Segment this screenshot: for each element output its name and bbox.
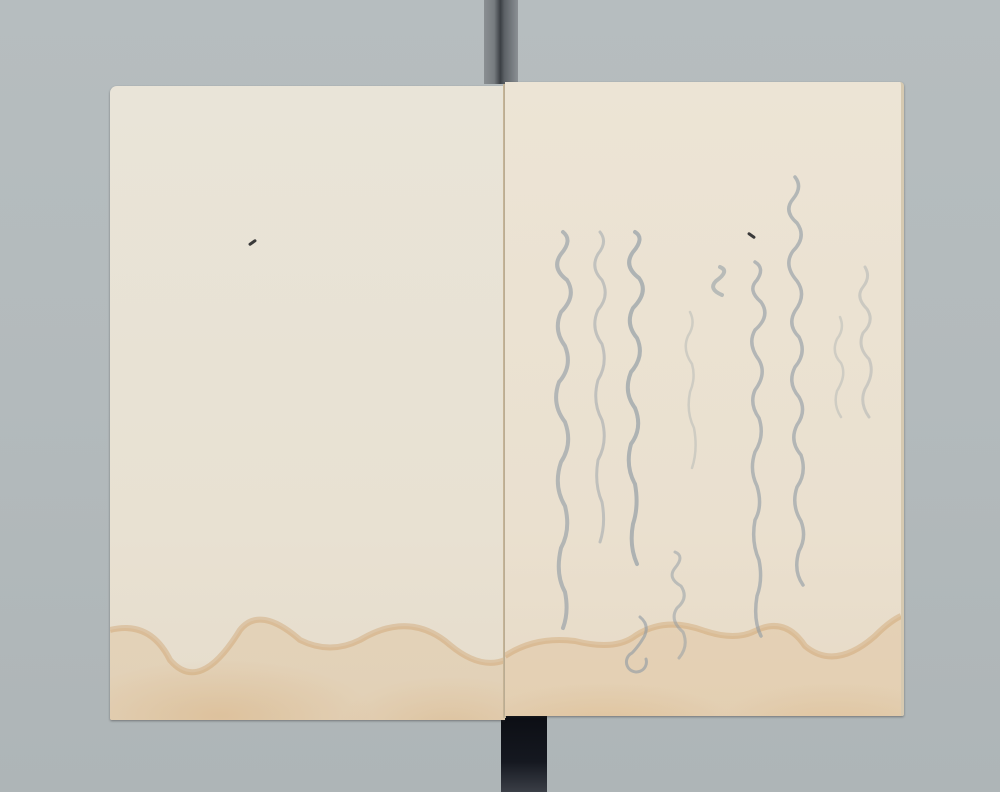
book-spine-top bbox=[484, 0, 518, 84]
book-spine-bottom bbox=[501, 716, 547, 792]
water-stain bbox=[110, 600, 505, 720]
right-page bbox=[505, 82, 904, 716]
left-page bbox=[110, 86, 505, 720]
wormhole-mark bbox=[248, 239, 257, 247]
calligraphy-columns bbox=[505, 82, 901, 716]
